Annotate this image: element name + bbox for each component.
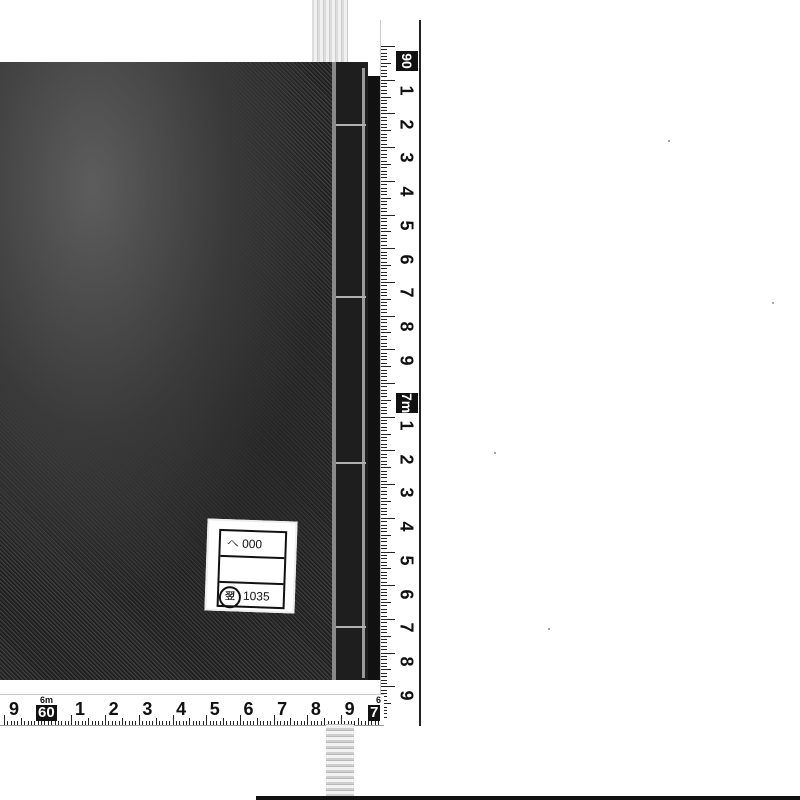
- ruler-number: 6: [396, 248, 417, 270]
- ruler-tick: [381, 275, 387, 276]
- ruler-tick: [381, 150, 387, 151]
- ruler-tick: [381, 676, 387, 677]
- ruler-tick: [311, 721, 312, 725]
- ruler-number: 4: [396, 181, 417, 203]
- ruler-tick: [267, 721, 268, 725]
- ruler-tick: [7, 721, 8, 725]
- ruler-tick: [381, 585, 395, 586]
- ruler-tick: [381, 231, 391, 232]
- ruler-tick: [381, 343, 387, 344]
- ruler-tick: [381, 76, 387, 77]
- ruler-tick: [68, 721, 69, 725]
- ruler-tick: [381, 565, 387, 566]
- ruler-tick: [371, 721, 372, 725]
- ruler-tick: [381, 59, 387, 60]
- label-blank-row: [219, 557, 284, 585]
- ruler-tick: [381, 70, 387, 71]
- ruler-tick: [381, 616, 387, 617]
- ruler-tick: [381, 447, 387, 448]
- dust-speck: [548, 628, 550, 630]
- ruler-tick: [381, 501, 391, 502]
- ruler-tick: [354, 721, 355, 725]
- ruler-tick: [321, 721, 322, 725]
- ruler-tick: [381, 552, 395, 553]
- ruler-tick: [381, 157, 387, 158]
- ruler-tick: [381, 53, 387, 54]
- ruler-number: 2: [396, 113, 417, 135]
- ruler-tick: [152, 721, 153, 725]
- ruler-tick: [381, 420, 387, 421]
- ruler-tick: [98, 721, 99, 725]
- ruler-tick: [381, 194, 387, 195]
- ruler-tick: [381, 312, 387, 313]
- ruler-tick: [381, 450, 395, 451]
- ruler-tick: [119, 721, 120, 725]
- ruler-tick: [381, 578, 387, 579]
- ruler-tick: [381, 80, 395, 81]
- ruler-tick: [381, 161, 387, 162]
- ruler-tick: [159, 721, 160, 725]
- ruler-tick: [381, 457, 387, 458]
- ruler-tick: [284, 721, 285, 725]
- ruler-tick: [199, 721, 200, 725]
- ruler-tick: [381, 528, 387, 529]
- ruler-tick: [381, 120, 387, 121]
- ruler-tick: [381, 336, 387, 337]
- ruler-tick: [381, 248, 395, 249]
- ruler-tick: [314, 721, 315, 725]
- ruler-number: 9: [340, 699, 360, 720]
- ruler-tick: [381, 609, 387, 610]
- ruler-tick: [381, 154, 387, 155]
- ruler-tick: [381, 245, 387, 246]
- ruler-tick: [179, 721, 180, 725]
- ruler-tick: [381, 423, 387, 424]
- ruler-tick: [381, 575, 387, 576]
- ruler-tick: [381, 316, 395, 317]
- ruler-tick: [61, 721, 62, 725]
- ruler-tick: [381, 437, 387, 438]
- ruler-tick: [11, 721, 12, 725]
- ruler-tick: [216, 721, 217, 725]
- ruler-tick: [381, 191, 387, 192]
- ruler-tick: [176, 721, 177, 725]
- ruler-tick: [381, 130, 391, 131]
- ruler-number: 2: [104, 699, 124, 720]
- ruler-tick: [129, 721, 130, 725]
- ruler-tick: [196, 721, 197, 725]
- ruler-tick: [381, 427, 387, 428]
- ruler-tick: [186, 721, 187, 725]
- ruler-tick: [41, 721, 42, 725]
- ruler-tick: [381, 319, 387, 320]
- ruler-tick: [381, 134, 387, 135]
- ruler-tick: [102, 721, 103, 725]
- ruler-tick: [381, 174, 387, 175]
- ruler-number: 4: [171, 699, 191, 720]
- ruler-tick: [381, 235, 387, 236]
- ruler-tick: [34, 721, 35, 725]
- ruler-tick: [381, 454, 387, 455]
- ruler-tick: [381, 464, 387, 465]
- ruler-number: 3: [396, 482, 417, 504]
- ruler-tick: [381, 599, 387, 600]
- ruler-tick: [220, 721, 221, 725]
- ruler-tick: [381, 177, 387, 178]
- ruler-tick: [381, 73, 387, 74]
- clamp-strip-top: [312, 0, 348, 70]
- ruler-tick: [381, 673, 387, 674]
- ruler-tick: [381, 100, 387, 101]
- ruler-tick: [381, 690, 387, 691]
- ruler-tick: [365, 721, 366, 725]
- ruler-tick: [162, 721, 163, 725]
- ruler-tick: [169, 721, 170, 725]
- ruler-tick: [294, 721, 295, 725]
- ruler-tick: [381, 56, 387, 57]
- ruler-tick: [381, 683, 387, 684]
- ruler-tick: [24, 721, 25, 725]
- ruler-tick: [381, 49, 387, 50]
- ruler-number: 1: [396, 415, 417, 437]
- ruler-tick: [381, 201, 387, 202]
- label-call-number: ヘ 000: [220, 531, 285, 559]
- ruler-badge: 60: [36, 705, 57, 721]
- ruler-tick: [78, 721, 79, 725]
- ruler-tick: [44, 721, 45, 725]
- binding-stitch: [336, 626, 366, 628]
- ruler-tick: [381, 167, 387, 168]
- dust-speck: [494, 452, 496, 454]
- ruler-tick: [381, 659, 387, 660]
- label-number: 1035: [243, 589, 270, 604]
- ruler-tick: [132, 721, 133, 725]
- ruler-tick: [381, 680, 387, 681]
- ruler-number: 8: [306, 699, 326, 720]
- ruler-tick: [381, 86, 387, 87]
- ruler-tick: [381, 582, 387, 583]
- ruler-tick: [270, 721, 271, 725]
- ruler-tick: [381, 410, 387, 411]
- ruler-tick: [381, 396, 387, 397]
- ruler-tick: [381, 258, 387, 259]
- ruler-badge: 90: [396, 51, 418, 71]
- ruler-tick: [381, 632, 387, 633]
- dust-speck: [772, 302, 774, 304]
- ruler-tick: [381, 305, 387, 306]
- ruler-tick: [361, 721, 362, 725]
- ruler-tick: [92, 721, 93, 725]
- ruler-tick: [381, 403, 387, 404]
- ruler-tick: [381, 255, 387, 256]
- ruler-tick: [381, 538, 387, 539]
- ruler-tick: [381, 649, 387, 650]
- ruler-number: 9: [4, 699, 24, 720]
- ruler-tick: [381, 295, 387, 296]
- ruler-tick: [381, 383, 395, 384]
- ruler-tick: [112, 721, 113, 725]
- ruler-tick: [368, 721, 369, 725]
- ruler-tick: [381, 434, 391, 435]
- ruler-tick: [85, 721, 86, 725]
- ruler-tick: [381, 113, 395, 114]
- ruler-tick: [381, 666, 387, 667]
- ruler-tick: [381, 558, 387, 559]
- ruler-tick: [381, 474, 387, 475]
- ruler-tick: [381, 238, 387, 239]
- ruler-tick: [381, 83, 387, 84]
- ruler-number: 4: [396, 516, 417, 538]
- ruler-tick: [381, 198, 391, 199]
- ruler-tick: [317, 721, 318, 725]
- ruler-tick: [381, 110, 387, 111]
- ruler-tick: [381, 46, 395, 47]
- ruler-tick: [250, 721, 251, 725]
- ruler-tick: [381, 487, 387, 488]
- ruler-tick: [31, 721, 32, 725]
- ruler-tick: [17, 721, 18, 725]
- ruler-tick: [381, 663, 387, 664]
- ruler-tick: [149, 721, 150, 725]
- ruler-number: 2: [396, 448, 417, 470]
- ruler-tick: [381, 430, 387, 431]
- horizontal-ruler: 96m6012345678967: [0, 694, 384, 726]
- book-cover: [0, 62, 368, 680]
- ruler-tick: [381, 592, 387, 593]
- ruler-tick: [381, 653, 395, 654]
- ruler-tick: [381, 140, 387, 141]
- ruler-tick: [381, 595, 387, 596]
- ruler-tick: [287, 721, 288, 725]
- ruler-tick: [58, 721, 59, 725]
- ruler-tick: [381, 386, 387, 387]
- ruler-tick: [381, 241, 387, 242]
- ruler-number: 5: [396, 214, 417, 236]
- ruler-tick: [381, 309, 387, 310]
- binding-stitch: [336, 296, 366, 298]
- ruler-tick: [233, 721, 234, 725]
- ruler-tick: [381, 326, 387, 327]
- scanner-edge: [256, 796, 800, 800]
- ruler-tick: [381, 107, 387, 108]
- dust-speck: [668, 140, 670, 142]
- ruler-tick: [381, 531, 387, 532]
- ruler-tick: [243, 721, 244, 725]
- ruler-tick: [381, 302, 387, 303]
- ruler-tick: [381, 511, 387, 512]
- ruler-tick: [381, 93, 387, 94]
- ruler-tick: [381, 359, 387, 360]
- ruler-tick: [381, 518, 395, 519]
- binding-stitch: [336, 124, 366, 126]
- ruler-number: 5: [205, 699, 225, 720]
- ruler-tick: [381, 481, 387, 482]
- ruler-tick: [381, 97, 391, 98]
- ruler-number: 1: [396, 80, 417, 102]
- ruler-tick: [301, 721, 302, 725]
- ruler-tick: [381, 390, 387, 391]
- ruler-tick: [381, 66, 387, 67]
- ruler-number: 7: [396, 617, 417, 639]
- ruler-tick: [381, 188, 387, 189]
- ruler-tick: [381, 629, 387, 630]
- ruler-tick: [381, 208, 387, 209]
- ruler-tick: [381, 562, 387, 563]
- ruler-tick: [193, 721, 194, 725]
- ruler-tick: [51, 721, 52, 725]
- ruler-number: 9: [396, 684, 417, 706]
- ruler-number: 7: [396, 282, 417, 304]
- ruler-tick: [237, 721, 238, 725]
- vertical-ruler: 901234567897m123456789: [380, 20, 421, 726]
- ruler-tick: [108, 721, 109, 725]
- ruler-tick: [381, 535, 391, 536]
- ruler-tick: [381, 282, 395, 283]
- ruler-number: 6: [239, 699, 259, 720]
- ruler-tick: [381, 339, 387, 340]
- ruler-tick: [381, 252, 387, 253]
- ruler-tick: [381, 548, 387, 549]
- ruler-tick: [183, 721, 184, 725]
- ruler-tick: [381, 619, 395, 620]
- ruler-tick: [381, 184, 387, 185]
- ruler-badge: 7m: [396, 393, 418, 413]
- ruler-tick: [381, 602, 391, 603]
- ruler-tick: [260, 721, 261, 725]
- ruler-number: 3: [137, 699, 157, 720]
- ruler-tick: [142, 721, 143, 725]
- ruler-tick: [115, 721, 116, 725]
- ruler-tick: [203, 721, 204, 725]
- ruler-number: 3: [396, 147, 417, 169]
- ruler-badge: 7: [368, 705, 380, 721]
- ruler-tick: [381, 117, 387, 118]
- ruler-tick: [381, 612, 387, 613]
- ruler-tick: [381, 103, 387, 104]
- ruler-tick: [381, 63, 391, 64]
- ruler-tick: [226, 721, 227, 725]
- ruler-tick: [381, 144, 387, 145]
- ruler-tick: [381, 268, 387, 269]
- ruler-tick: [82, 721, 83, 725]
- ruler-tick: [378, 721, 379, 725]
- ruler-tick: [14, 721, 15, 725]
- ruler-tick: [135, 721, 136, 725]
- ruler-tick: [381, 171, 387, 172]
- ruler-number: 5: [396, 549, 417, 571]
- label-id-row: 翌1035: [219, 583, 284, 609]
- ruler-tick: [381, 491, 387, 492]
- ruler-tick: [304, 721, 305, 725]
- ruler-tick: [277, 721, 278, 725]
- library-label: ヘ 000 翌1035: [204, 518, 297, 613]
- ruler-tick: [253, 721, 254, 725]
- ruler-tick: [48, 721, 49, 725]
- ruler-tick: [381, 461, 387, 462]
- ruler-tick: [381, 376, 387, 377]
- ruler-tick: [28, 721, 29, 725]
- ruler-number: 7: [272, 699, 292, 720]
- ruler-tick: [381, 147, 395, 148]
- clamp-strip-bottom: [326, 724, 354, 796]
- ruler-tick: [381, 124, 387, 125]
- ruler-tick: [381, 292, 387, 293]
- ruler-tick: [381, 498, 387, 499]
- ruler-tick: [381, 568, 391, 569]
- ruler-tick: [381, 363, 387, 364]
- ruler-number: 1: [70, 699, 90, 720]
- ruler-tick: [210, 721, 211, 725]
- ruler-tick: [381, 440, 387, 441]
- ruler-number: 6: [396, 583, 417, 605]
- ruler-tick: [280, 721, 281, 725]
- ruler-tick: [381, 279, 387, 280]
- ruler-tick: [381, 669, 391, 670]
- ruler-tick: [381, 686, 395, 687]
- ruler-tick: [381, 221, 387, 222]
- ruler-tick: [213, 721, 214, 725]
- ruler-tick: [125, 721, 126, 725]
- ruler-tick: [381, 514, 387, 515]
- ruler-tick: [381, 444, 387, 445]
- ruler-tick: [381, 353, 387, 354]
- ruler-tick: [297, 721, 298, 725]
- ruler-tick: [381, 636, 391, 637]
- spine-edge: [362, 68, 365, 678]
- ruler-tick: [381, 622, 387, 623]
- ruler-tick: [381, 521, 387, 522]
- ruler-tick: [381, 380, 387, 381]
- ruler-tick: [381, 228, 387, 229]
- ruler-tick: [381, 329, 387, 330]
- ruler-tick: [381, 272, 387, 273]
- ruler-tick: [263, 721, 264, 725]
- ruler-tick: [247, 721, 248, 725]
- ruler-tick: [381, 508, 387, 509]
- ruler-tick: [381, 204, 387, 205]
- ruler-tick: [230, 721, 231, 725]
- ruler-tick: [381, 417, 395, 418]
- ruler-tick: [381, 541, 387, 542]
- ruler-tick: [381, 299, 391, 300]
- ruler-tick: [381, 494, 387, 495]
- ruler-tick: [381, 484, 395, 485]
- ruler-number: 8: [396, 650, 417, 672]
- ruler-tick: [381, 332, 391, 333]
- ruler-tick: [381, 545, 387, 546]
- ruler-tick: [381, 285, 387, 286]
- ruler-tick: [381, 346, 387, 347]
- ruler-tick: [381, 211, 387, 212]
- ruler-tick: [381, 137, 387, 138]
- ruler-tick: [381, 366, 391, 367]
- ruler-tick: [381, 356, 387, 357]
- ruler-tick: [381, 605, 387, 606]
- ruler-tick: [381, 164, 391, 165]
- ruler-tick: [381, 477, 387, 478]
- ruler-tick: [381, 639, 387, 640]
- seal-stamp: 翌: [219, 586, 242, 609]
- ruler-tick: [381, 349, 395, 350]
- ruler-number: 8: [396, 315, 417, 337]
- ruler-tick: [381, 589, 387, 590]
- ruler-tick: [381, 555, 387, 556]
- binding-stitch: [336, 462, 366, 464]
- ruler-tick: [146, 721, 147, 725]
- ruler-tick: [381, 407, 387, 408]
- ruler-tick: [381, 370, 387, 371]
- ruler-tick: [381, 265, 391, 266]
